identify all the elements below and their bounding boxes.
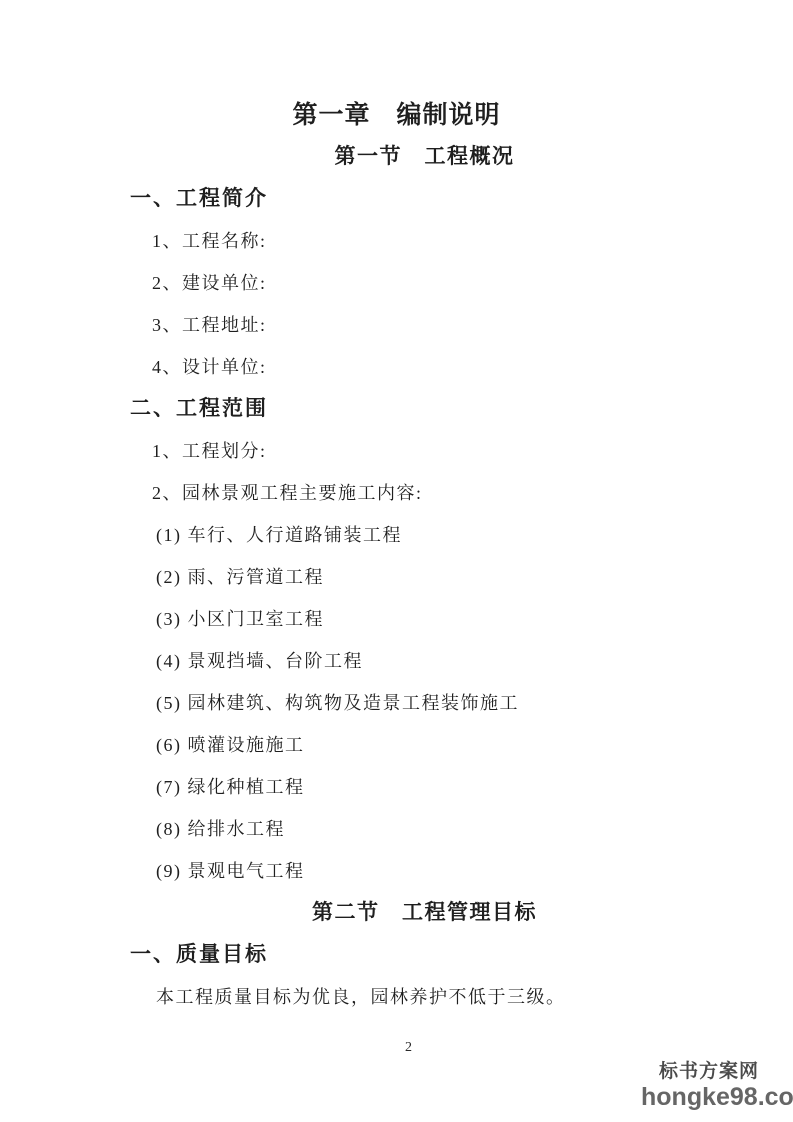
scope-detail-7: (7) 绿化种植工程 xyxy=(0,766,793,808)
scope-detail-1: (1) 车行、人行道路铺装工程 xyxy=(0,514,793,556)
quality-target-text: 本工程质量目标为优良，园林养护不低于三级。 xyxy=(0,976,793,1018)
section1-title: 第一节 工程概况 xyxy=(0,136,793,178)
section2-title: 第二节 工程管理目标 xyxy=(0,892,793,934)
watermark-site-name: 标书方案网 xyxy=(641,1060,777,1084)
scope-detail-8: (8) 给排水工程 xyxy=(0,808,793,850)
scope-detail-2: (2) 雨、污管道工程 xyxy=(0,556,793,598)
heading-quality-target: 一、质量目标 xyxy=(0,934,793,976)
scope-detail-4: (4) 景观挡墙、台阶工程 xyxy=(0,640,793,682)
document-page: 第一章 编制说明 第一节 工程概况 一、工程简介 1、工程名称: 2、建设单位:… xyxy=(0,0,793,1122)
scope-item-division: 1、工程划分: xyxy=(0,430,793,472)
scope-detail-3: (3) 小区门卫室工程 xyxy=(0,598,793,640)
intro-item-project-name: 1、工程名称: xyxy=(0,220,793,262)
watermark: 标书方案网 hongke98.com xyxy=(641,1060,777,1110)
watermark-site-url: hongke98.com xyxy=(641,1084,777,1110)
scope-detail-5: (5) 园林建筑、构筑物及造景工程装饰施工 xyxy=(0,682,793,724)
scope-detail-6: (6) 喷灌设施施工 xyxy=(0,724,793,766)
intro-item-design-unit: 4、设计单位: xyxy=(0,346,793,388)
scope-item-main-content: 2、园林景观工程主要施工内容: xyxy=(0,472,793,514)
heading-project-intro: 一、工程简介 xyxy=(0,178,793,220)
page-footer: 2 xyxy=(0,1038,793,1056)
chapter-title: 第一章 编制说明 xyxy=(0,94,793,136)
heading-project-scope: 二、工程范围 xyxy=(0,388,793,430)
page-number: 2 xyxy=(381,1040,412,1055)
intro-item-construction-unit: 2、建设单位: xyxy=(0,262,793,304)
scope-detail-9: (9) 景观电气工程 xyxy=(0,850,793,892)
intro-item-project-address: 3、工程地址: xyxy=(0,304,793,346)
